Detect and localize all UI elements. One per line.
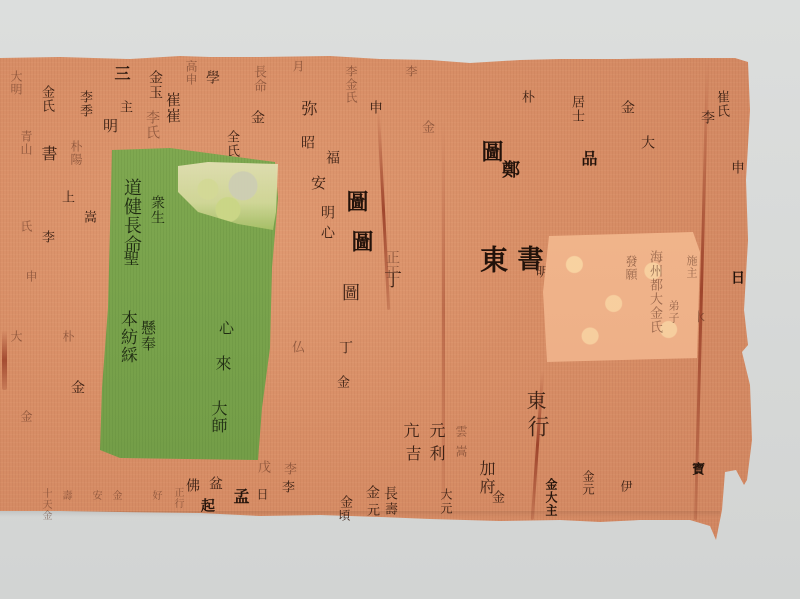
inscription-text: 孟 [232, 488, 248, 505]
inscription-text: 吉 [404, 445, 420, 462]
inscription-text: 心 [320, 225, 334, 240]
inscription-text: 月 [292, 60, 304, 73]
inscription-text: 明 [320, 205, 334, 220]
inscription-text: 丁 [338, 340, 352, 355]
cloth-shadow [0, 511, 720, 517]
inscription-text: 安 [90, 490, 100, 501]
inscription-text: 申 [368, 100, 382, 115]
inscription-text: 金玉 [148, 70, 162, 100]
inscription-text: 寶 [690, 462, 703, 476]
inscription-text: 金 [620, 100, 634, 115]
inscription-text: 金 [490, 490, 503, 504]
inscription-text: 大 [440, 488, 452, 501]
inscription-text: 福 [325, 150, 339, 165]
inscription-text: 發願 [625, 255, 637, 281]
inscription-text: 仏 [290, 340, 303, 354]
inscription-text: 學 [205, 70, 219, 85]
inscription-text: 金 [20, 410, 32, 423]
inscription-text: 戊 [256, 460, 269, 474]
inscription-text: 本紡綵 [118, 310, 135, 364]
inscription-text: 佛 [185, 478, 199, 493]
inscription-text: 日 [256, 488, 268, 501]
inscription-text: 朴 [62, 330, 74, 343]
inscription-text: 大師 [210, 400, 226, 434]
inscription-text: 嵩 [82, 210, 95, 224]
inscription-text: 丁 [382, 270, 400, 289]
inscription-text: 金元 [582, 470, 594, 496]
inscription-text: 崔氏 [715, 90, 728, 118]
inscription-text: 衆生 [150, 195, 164, 225]
inscription-text: 昭 [300, 135, 314, 150]
inscription-text: 聖 [122, 250, 138, 267]
inscription-text: 利 [428, 445, 444, 462]
inscription-text: 氏 [20, 220, 32, 233]
inscription-text: 心 [218, 320, 233, 336]
inscription-text: 長命 [252, 65, 265, 93]
inscription-text: 金 [110, 490, 120, 501]
inscription-text: 東 [525, 390, 545, 411]
inscription-text: 朴 [520, 90, 533, 104]
inscription-text: 李 [280, 480, 293, 494]
inscription-text: 正行 [172, 487, 182, 509]
inscription-text: 大明 [10, 70, 22, 96]
inscription-text: 申 [730, 160, 744, 175]
inscription-text: 金 [335, 375, 348, 389]
inscription-text: 居士 [570, 95, 583, 123]
inscription-text: 圖 [350, 230, 372, 253]
inscription-text: 青山 [20, 130, 32, 156]
inscription-text: 日 [730, 270, 744, 285]
inscription-text: 大 [10, 330, 22, 343]
inscription-text: 李氏 [145, 110, 159, 140]
inscription-text: 盆 [208, 476, 222, 491]
inscription-text: 上 [60, 190, 73, 204]
inscription-text: 弟子 [668, 300, 679, 324]
inscription-text: 亢 [402, 422, 418, 439]
inscription-text: 李 [40, 230, 53, 244]
inscription-text: 好 [150, 490, 160, 501]
inscription-text: 金 [420, 120, 433, 134]
inscription-text: 東 [478, 245, 506, 274]
inscription-text: 金 [338, 495, 351, 509]
inscription-text: 施主 [686, 255, 697, 279]
inscription-text: 朴陽 [70, 140, 82, 166]
inscription-text: 安 [310, 175, 325, 191]
inscription-text: 行 [525, 415, 547, 438]
inscription-text: 金 [70, 380, 84, 395]
inscription-text: 金 [365, 485, 379, 500]
inscription-text: 雲 [455, 425, 467, 438]
inscription-text: 全氏 [225, 130, 238, 158]
inscription-text: 圖 [345, 190, 367, 213]
inscription-text: 書 [40, 145, 56, 162]
inscription-text: 李季 [78, 90, 91, 118]
inscription-text: 金氏 [40, 85, 53, 113]
inscription-text: 李金氏 [345, 65, 357, 104]
inscription-text: 來 [214, 355, 230, 372]
inscription-text: 加 [478, 460, 494, 477]
inscription-text: 長 [383, 486, 397, 501]
inscription-text: 圖 [340, 283, 358, 302]
inscription-text: 弥 [300, 100, 316, 117]
inscription-text: 明 [102, 118, 117, 134]
peach-fabric-patch [543, 232, 700, 362]
inscription-text: 元 [428, 422, 444, 439]
inscription-text: 金 [250, 110, 264, 125]
inscription-text: 壽 [60, 490, 70, 501]
fabric-crease [442, 120, 445, 500]
inscription-text: 崔崔 [165, 92, 180, 124]
inscription-text: 大 [640, 135, 654, 150]
inscription-text: 李 [405, 65, 417, 78]
fabric-crease [2, 330, 7, 390]
inscription-text: 道健長命 [122, 178, 140, 254]
inscription-text: 李 [282, 462, 295, 476]
inscription-text: 主 [118, 100, 131, 114]
inscription-text: 鄭 [500, 160, 518, 179]
inscription-text: 懸奉 [140, 320, 155, 352]
inscription-text: 嵩 [455, 445, 467, 458]
inscription-text: 申 [25, 270, 37, 283]
inscription-text: 伊 [620, 480, 632, 493]
inscription-text: 李 [700, 110, 714, 125]
inscription-text: 海州都大金氏 [648, 250, 661, 334]
inscription-text: 三 [113, 65, 129, 82]
inscription-text: 高申 [185, 60, 197, 86]
inscription-text: 品 [580, 150, 596, 167]
